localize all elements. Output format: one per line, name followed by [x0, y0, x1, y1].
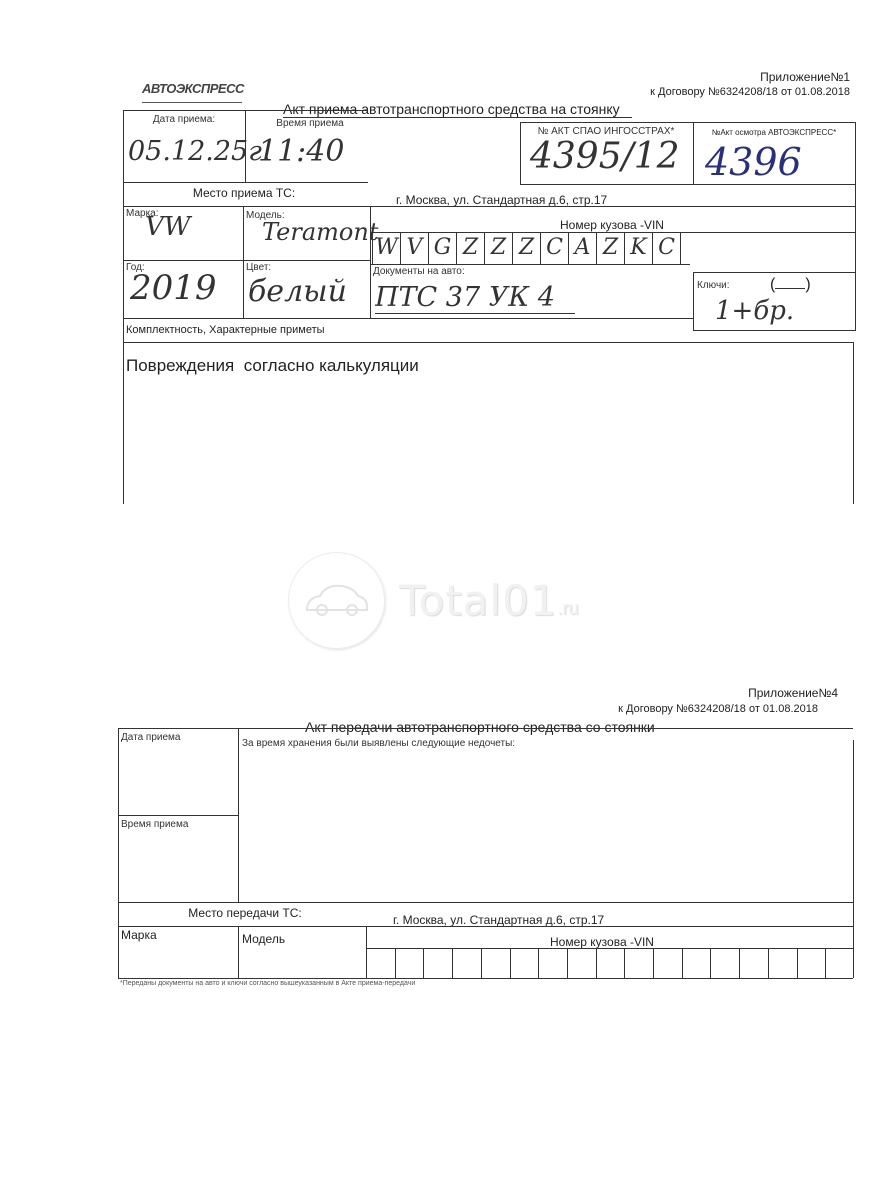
vin-grid: WVGZZZCAZKC [372, 232, 681, 264]
keys-label: Ключи: [697, 280, 730, 291]
place-label-4: Место передачи ТС: [120, 906, 370, 920]
vin-cell[interactable] [366, 948, 395, 978]
vin-cell[interactable] [567, 948, 596, 978]
vin-cell[interactable] [510, 948, 539, 978]
time-label: Время приема [250, 118, 370, 129]
vin-cell[interactable] [624, 948, 653, 978]
defects-field[interactable] [242, 752, 850, 900]
vin-label-4: Номер кузова -VIN [550, 935, 654, 949]
vin-cell[interactable] [395, 948, 424, 978]
vin-cell[interactable]: W [372, 232, 400, 264]
vin-cell[interactable] [710, 948, 739, 978]
vin-cell[interactable]: Z [512, 232, 540, 264]
appendix-1: Приложение№1 [760, 70, 850, 84]
vin-cell[interactable]: C [652, 232, 680, 264]
place-value-4: г. Москва, ул. Стандартная д.6, стр.17 [393, 913, 604, 927]
vin-grid-end [680, 232, 681, 264]
footnote: *Переданы документы на авто и ключи согл… [120, 980, 450, 987]
model-label-4: Модель [242, 932, 285, 946]
vin-cell[interactable] [739, 948, 768, 978]
watermark-text: Total01 [399, 576, 558, 625]
contract-ref-1: к Договору №6324208/18 от 01.08.2018 [650, 86, 850, 98]
place-label: Место приема ТС: [124, 186, 364, 200]
brand-label-4: Марка [121, 928, 157, 942]
akt-osmotra-value[interactable]: 4396 [705, 140, 802, 184]
vin-cell[interactable]: G [428, 232, 456, 264]
keys-extra-bracket: () [770, 276, 811, 294]
appendix-4: Приложение№4 [748, 686, 838, 700]
model-value[interactable]: Teramont [262, 218, 378, 246]
time-label-4: Время приема [121, 819, 188, 830]
vin-cell[interactable]: A [568, 232, 596, 264]
vin-cell[interactable] [768, 948, 797, 978]
brand-value[interactable]: VW [145, 212, 191, 242]
year-value[interactable]: 2019 [130, 268, 217, 308]
date-label: Дата приема: [124, 114, 244, 125]
docs-value[interactable]: ПТС 37 УК 4 [375, 282, 575, 314]
color-value[interactable]: белый [248, 274, 347, 309]
car-logo-icon [288, 552, 385, 649]
time-value[interactable]: 11:40 [258, 134, 344, 169]
vin-cell[interactable] [797, 948, 826, 978]
akt-osmotra-label: №Акт осмотра АВТОЭКСПРЕСС* [694, 128, 854, 137]
vin-cell[interactable]: Z [456, 232, 484, 264]
color-label: Цвет: [246, 262, 271, 273]
contract-ref-4: к Договору №6324208/18 от 01.08.2018 [618, 703, 818, 715]
place-value: г. Москва, ул. Стандартная д.6, стр.17 [396, 193, 607, 207]
vin-cell[interactable] [682, 948, 711, 978]
vin-cell[interactable]: K [624, 232, 652, 264]
features-value[interactable]: Повреждения согласно калькуляции [126, 356, 419, 376]
vin-cell[interactable] [825, 948, 854, 978]
vin-grid-4 [366, 948, 854, 978]
date-value[interactable]: 05.12.25г. [128, 136, 270, 167]
vin-cell[interactable]: Z [484, 232, 512, 264]
vin-cell[interactable] [423, 948, 452, 978]
vin-label: Номер кузова -VIN [560, 218, 664, 232]
vin-cell[interactable]: V [400, 232, 428, 264]
vin-cell[interactable] [596, 948, 625, 978]
vin-cell[interactable] [481, 948, 510, 978]
date-label-4: Дата приема [121, 732, 180, 743]
docs-label: Документы на авто: [373, 266, 465, 277]
vin-cell[interactable] [452, 948, 481, 978]
vin-cell[interactable] [538, 948, 567, 978]
akt-spao-value[interactable]: 4395/12 [530, 136, 680, 177]
vin-cell[interactable] [653, 948, 682, 978]
logo-text: АВТОЭКСПРЕСС [142, 81, 244, 96]
watermark: Total01 .ru [288, 550, 579, 650]
defects-label: За время хранения были выявлены следующи… [242, 738, 515, 749]
vin-cell[interactable]: Z [596, 232, 624, 264]
vin-cell[interactable]: C [540, 232, 568, 264]
features-label: Комплектность, Характерные приметы [126, 324, 325, 336]
act4-title: Акт передачи автотранспортного средства … [305, 719, 655, 735]
watermark-suffix: .ru [558, 598, 579, 619]
autoexpress-logo: АВТОЭКСПРЕСС [142, 80, 242, 103]
keys-value[interactable]: 1+бр. [715, 296, 794, 326]
